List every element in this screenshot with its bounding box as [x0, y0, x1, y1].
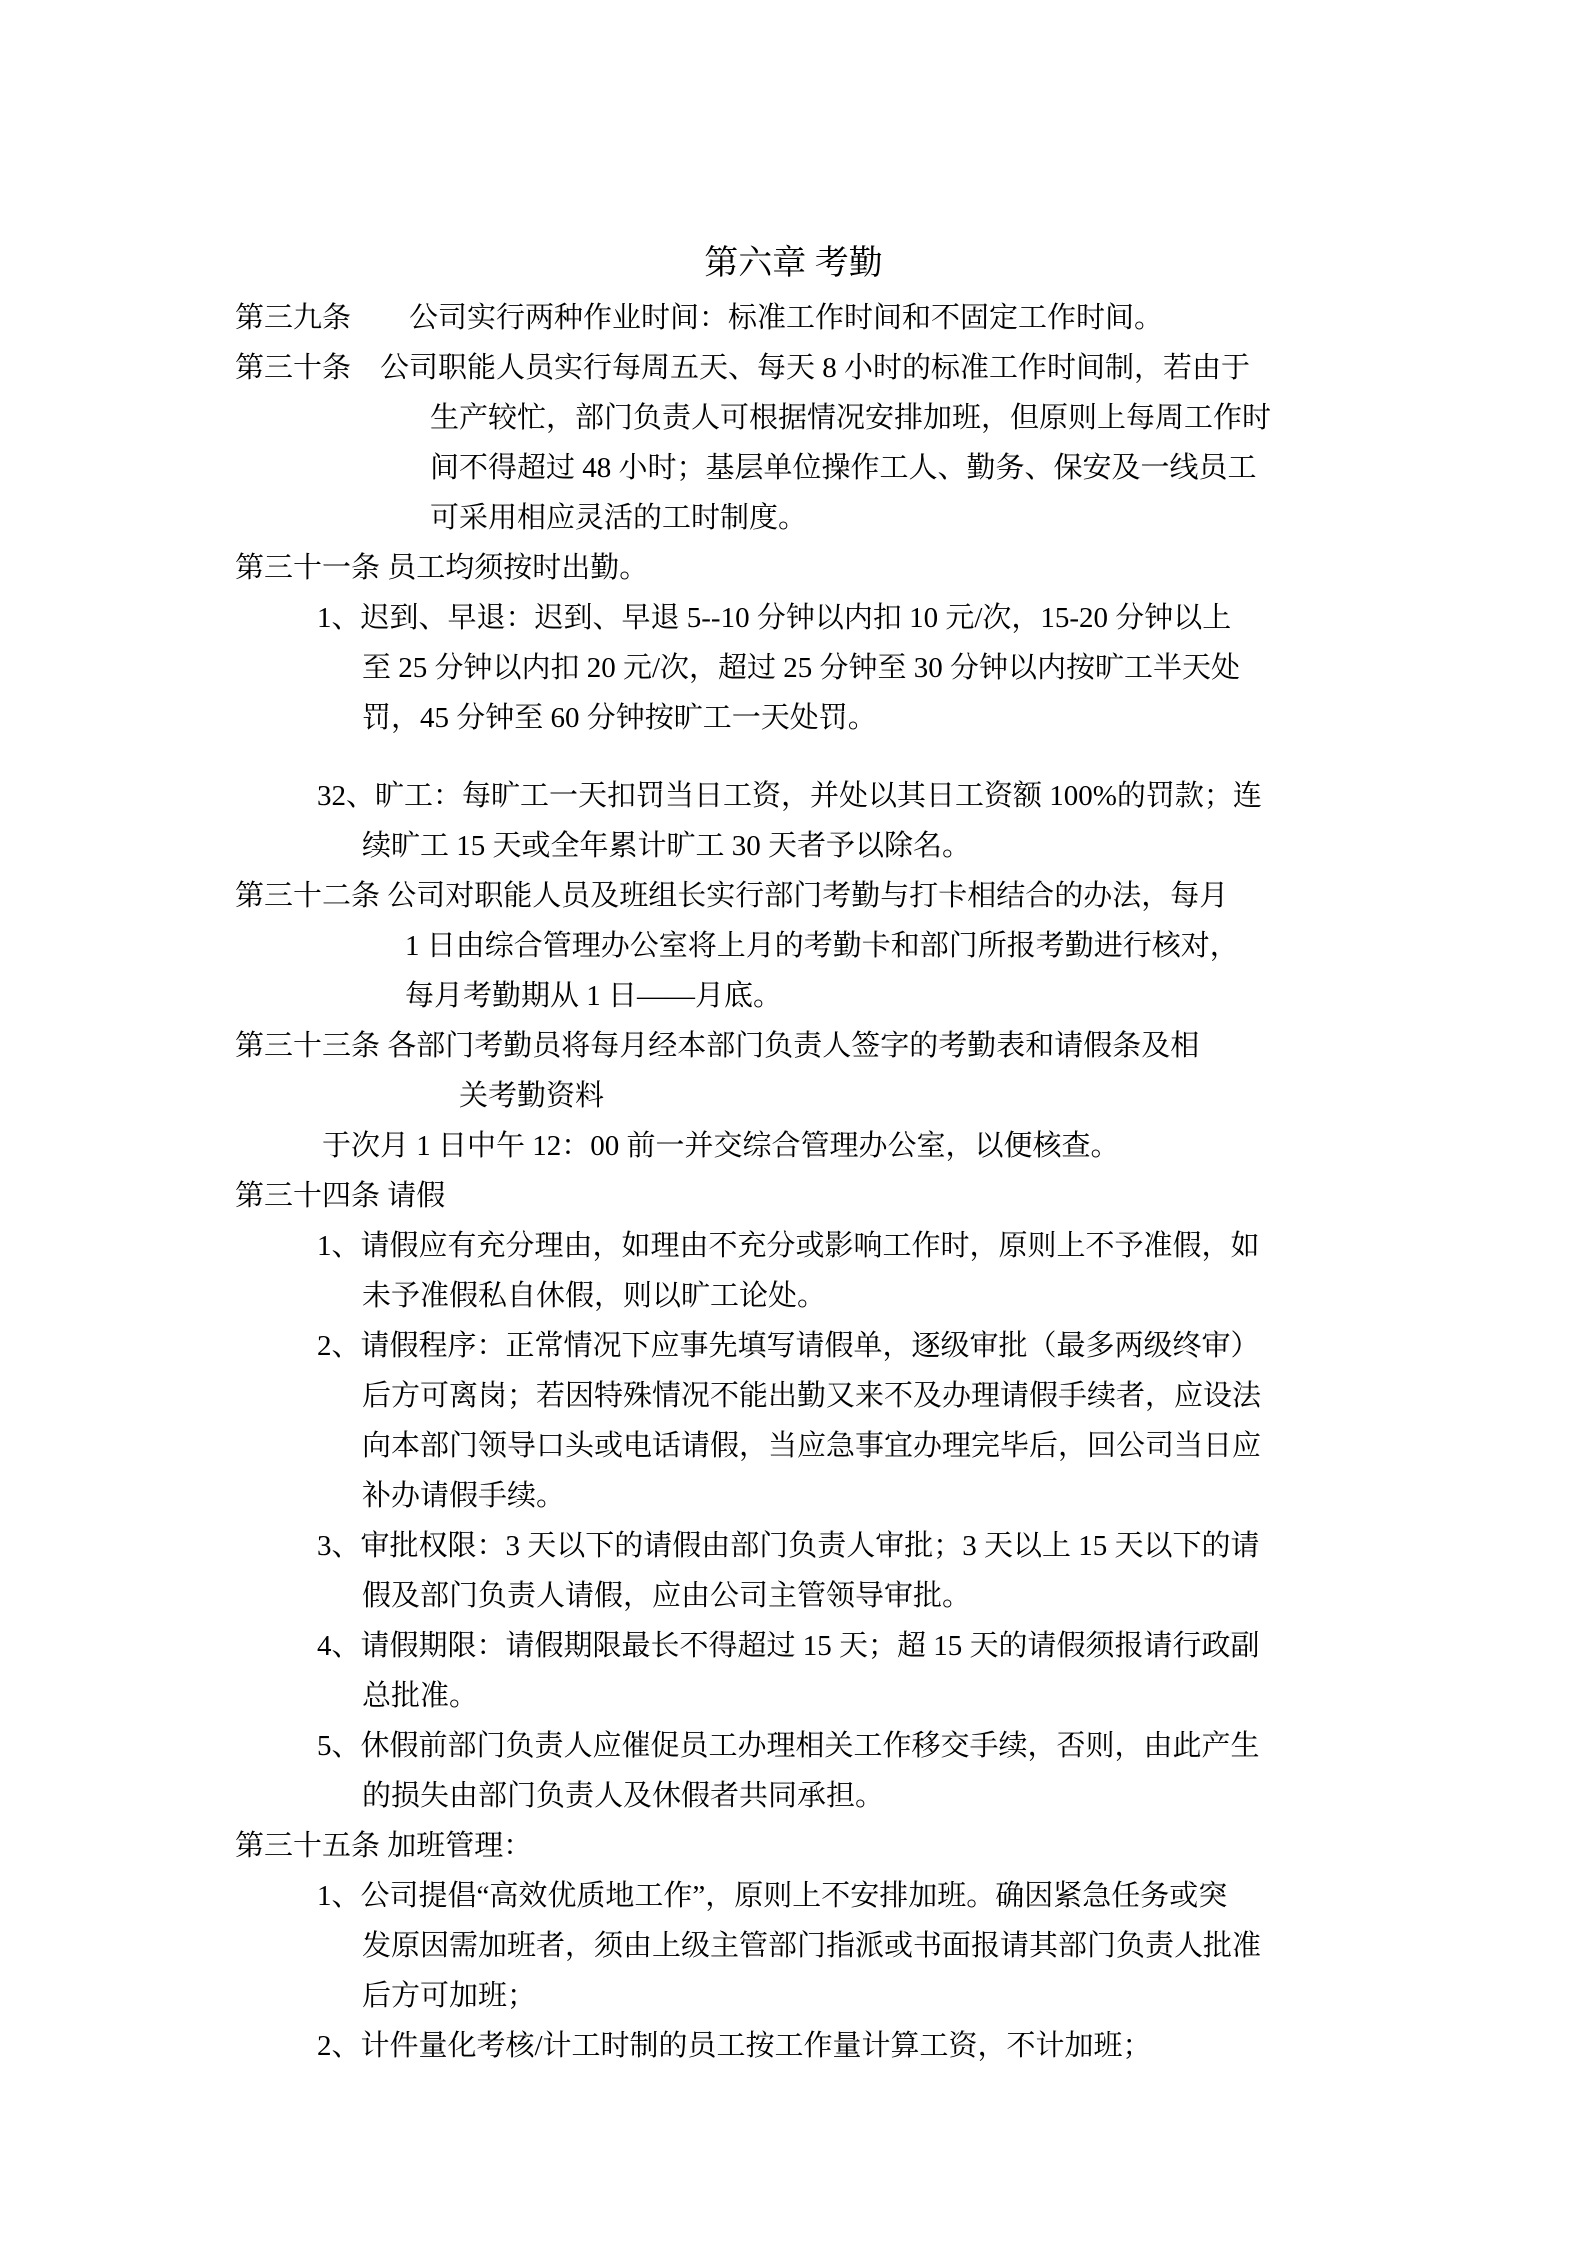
- item-35-2: 2、计件量化考核/计工时制的员工按工作量计算工资，不计加班；: [235, 2021, 1427, 2071]
- clause-39: 第三九条 公司实行两种作业时间：标准工作时间和不固定工作时间。: [235, 293, 1427, 343]
- item-34-1: 1、请假应有充分理由，如理由不充分或影响工作时，原则上不予准假，如 未予准假私自…: [235, 1221, 1427, 1321]
- clause-31: 第三十一条 员工均须按时出勤。: [235, 543, 1427, 593]
- item-34-5: 5、休假前部门负责人应催促员工办理相关工作移交手续，否则，由此产生 的损失由部门…: [235, 1721, 1427, 1821]
- chapter-title: 第六章 考勤: [0, 235, 1587, 293]
- clause-32: 第三十二条 公司对职能人员及班组长实行部门考勤与打卡相结合的办法，每月 1 日由…: [235, 871, 1427, 1021]
- clause-35: 第三十五条 加班管理：: [235, 1821, 1427, 1871]
- item-31-32: 32、旷工：每旷工一天扣罚当日工资，并处以其日工资额 100%的罚款；连 续旷工…: [235, 771, 1427, 871]
- item-31-1: 1、迟到、早退：迟到、早退 5--10 分钟以内扣 10 元/次，15-20 分…: [235, 593, 1427, 743]
- clause-33: 第三十三条 各部门考勤员将每月经本部门负责人签字的考勤表和请假条及相 关考勤资料: [235, 1021, 1427, 1121]
- blank-line: [235, 743, 1427, 771]
- clause-34: 第三十四条 请假: [235, 1171, 1427, 1221]
- document-body: 第六章 考勤 第三九条 公司实行两种作业时间：标准工作时间和不固定工作时间。第三…: [0, 0, 1587, 2071]
- item-34-3: 3、审批权限：3 天以下的请假由部门负责人审批；3 天以上 15 天以下的请 假…: [235, 1521, 1427, 1621]
- item-34-4: 4、请假期限：请假期限最长不得超过 15 天；超 15 天的请假须报请行政副 总…: [235, 1621, 1427, 1721]
- note-33: 于次月 1 日中午 12：00 前一并交综合管理办公室，以便核查。: [235, 1121, 1427, 1171]
- clause-30: 第三十条 公司职能人员实行每周五天、每天 8 小时的标准工作时间制，若由于 生产…: [235, 343, 1427, 543]
- item-34-2: 2、请假程序：正常情况下应事先填写请假单，逐级审批（最多两级终审） 后方可离岗；…: [235, 1321, 1427, 1521]
- document-page: 第六章 考勤 第三九条 公司实行两种作业时间：标准工作时间和不固定工作时间。第三…: [0, 0, 1587, 2245]
- item-35-1: 1、公司提倡“高效优质地工作”，原则上不安排加班。确因紧急任务或突 发原因需加班…: [235, 1871, 1427, 2021]
